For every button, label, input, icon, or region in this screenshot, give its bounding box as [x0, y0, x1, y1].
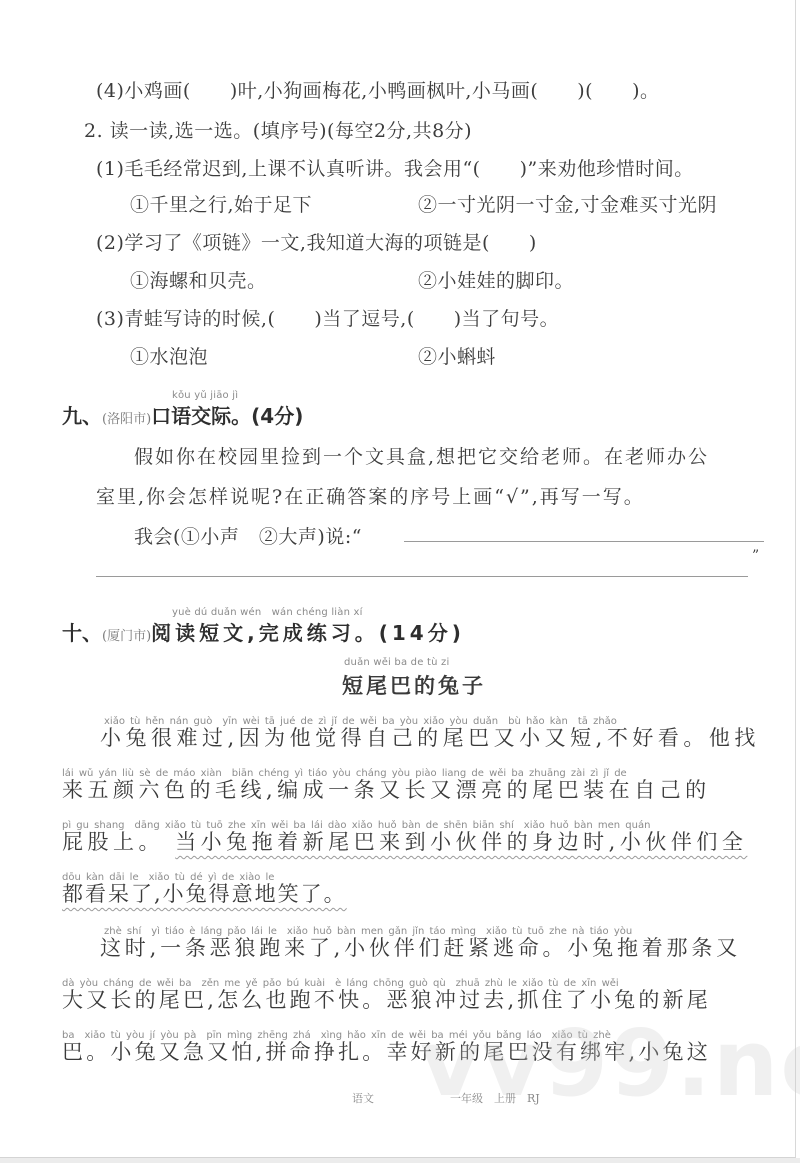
- question-2-1-option-2: ②一寸光阴一寸金,寸金难买寸光阴: [418, 190, 717, 217]
- closing-quote: ”: [752, 548, 760, 564]
- question-2-title: 2. 读一读,选一选。(填序号)(每空2分,共8分): [84, 116, 472, 143]
- story-line-2: 来五颜六色的毛线,编成一条又长又漂亮的尾巴装在自己的: [62, 774, 762, 804]
- question-2-1-option-1: ①千里之行,始于足下: [130, 190, 312, 217]
- answer-line-1[interactable]: [404, 541, 764, 542]
- underlined-sentence-part-1: 当小兔拖着新尾巴来到小伙伴的身边时,小伙伴们全: [175, 830, 747, 854]
- story-line-5: 这时,一条恶狼跑来了,小伙伴们赶紧逃命。小兔拖着那条又: [100, 932, 800, 962]
- section-10-number: 十、: [62, 621, 102, 645]
- question-2-3: (3)青蛙写诗的时候,( )当了逗号,( )当了句号。: [96, 304, 559, 331]
- section-10-region: (厦门市): [102, 629, 151, 644]
- section-9-region: (洛阳市): [102, 412, 151, 427]
- story-line-1: 小兔很难过,因为他觉得自己的尾巴又小又短,不好看。他找: [100, 722, 800, 752]
- story-line-4: 都看呆了,小兔得意地笑了。: [62, 878, 762, 908]
- section-9-answer-prompt: 我会(①小声 ②大声)说:“: [134, 522, 362, 549]
- question-2-2: (2)学习了《项链》一文,我知道大海的项链是( ): [96, 228, 537, 255]
- section-9-paragraph-line-1: 假如你在校园里捡到一个文具盒,想把它交给老师。在老师办公: [134, 442, 709, 469]
- question-2-3-option-2: ②小蝌蚪: [418, 342, 496, 369]
- story-title-pinyin: duǎn wěi ba de tù zi: [344, 657, 449, 668]
- section-10-pinyin: yuè dú duǎn wén wán chéng liàn xí: [172, 603, 363, 618]
- worksheet-page: (4)小鸡画( )叶,小狗画梅花,小鸭画枫叶,小马画( )( )。 2. 读一读…: [0, 0, 796, 1158]
- footer-grade: 一年级 上册 RJ: [450, 1090, 540, 1106]
- section-10-title: 阅读短文,完成练习。(14分): [151, 621, 465, 645]
- section-9-paragraph-line-2: 室里,你会怎样说呢?在正确答案的序号上画“√”,再写一写。: [96, 482, 645, 509]
- story-line-3: 屁股上。 当小兔拖着新尾巴来到小伙伴的身边时,小伙伴们全: [62, 826, 762, 856]
- section-9-title: 口语交际。(4分): [151, 404, 303, 428]
- answer-line-2[interactable]: [96, 576, 748, 577]
- story-title: 短尾巴的兔子: [342, 670, 486, 700]
- section-9-number: 九、: [62, 404, 102, 428]
- question-1-4: (4)小鸡画( )叶,小狗画梅花,小鸭画枫叶,小马画( )( )。: [96, 76, 660, 103]
- bottom-edge: [0, 1158, 800, 1163]
- underlined-sentence-part-2: 都看呆了,小兔得意地笑了。: [62, 882, 347, 906]
- question-2-1: (1)毛毛经常迟到,上课不认真听讲。我会用“( )”来劝他珍惜时间。: [96, 154, 694, 181]
- footer-subject: 语文: [352, 1090, 374, 1106]
- question-2-2-option-2: ②小娃娃的脚印。: [418, 266, 574, 293]
- section-9-heading: 九、(洛阳市)口语交际。(4分): [62, 400, 303, 429]
- question-2-3-option-1: ①水泡泡: [130, 342, 208, 369]
- story-line-3-plain: 屁股上。: [62, 830, 164, 854]
- section-10-heading: 十、(厦门市)阅读短文,完成练习。(14分): [62, 617, 465, 646]
- question-2-2-option-1: ①海螺和贝壳。: [130, 266, 267, 293]
